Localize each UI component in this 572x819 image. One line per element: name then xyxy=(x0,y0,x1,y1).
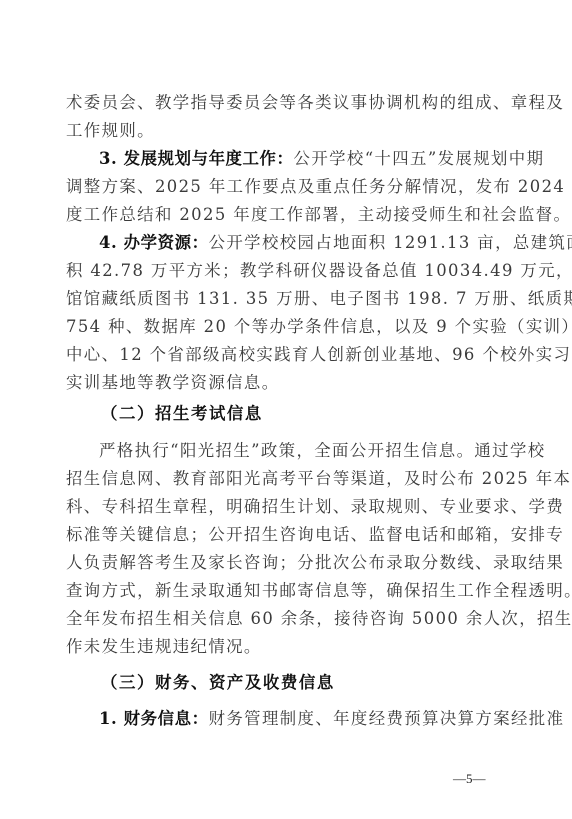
item-lead-finance-info: 1. 财务信息： xyxy=(99,709,209,728)
paragraph-development-plan: 3. 发展规划与年度工作：公开学校“十四五”发展规划中期 xyxy=(99,147,508,171)
text-line: 招生信息网、教育部阳光高考平台等渠道，及时公布 2025 年本 xyxy=(66,467,508,491)
section-heading-finance: （三）财务、资产及收费信息 xyxy=(101,671,335,695)
text-span: 公开学校校园占地面积 1291.13 亩，总建筑面 xyxy=(209,233,572,252)
document-page: 术委员会、教学指导委员会等各类议事协调机构的组成、章程及 工作规则。 3. 发展… xyxy=(0,0,572,819)
item-lead-development-plan: 3. 发展规划与年度工作： xyxy=(99,149,294,168)
text-span: 财务管理制度、年度经费预算决算方案经批准 xyxy=(209,709,565,728)
text-line: 实训基地等教学资源信息。 xyxy=(66,371,508,395)
text-line: 754 种、数据库 20 个等办学条件信息，以及 9 个实验（实训） xyxy=(66,315,508,339)
text-line: 术委员会、教学指导委员会等各类议事协调机构的组成、章程及 xyxy=(66,91,508,115)
paragraph-school-resources: 4. 办学资源：公开学校校园占地面积 1291.13 亩，总建筑面 xyxy=(99,231,508,255)
text-line: 查询方式，新生录取通知书邮寄信息等，确保招生工作全程透明。 xyxy=(66,579,508,603)
text-line: 积 42.78 万平方米；教学科研仪器设备总值 10034.49 万元，图书 xyxy=(66,259,508,283)
text-line: 度工作总结和 2025 年度工作部署，主动接受师生和社会监督。 xyxy=(66,203,508,227)
text-span: 公开学校“十四五”发展规划中期 xyxy=(294,149,545,168)
item-lead-school-resources: 4. 办学资源： xyxy=(99,233,209,252)
text-line: 全年发布招生相关信息 60 余条，接待咨询 5000 余人次，招生工 xyxy=(66,607,508,631)
text-line: 工作规则。 xyxy=(66,119,508,143)
page-number: —5— xyxy=(453,770,486,788)
text-line: 馆馆藏纸质图书 131. 35 万册、电子图书 198. 7 万册、纸质期刊 xyxy=(66,287,508,311)
text-line: 作未发生违规违纪情况。 xyxy=(66,635,508,659)
text-line: 严格执行“阳光招生”政策，全面公开招生信息。通过学校 xyxy=(99,439,508,463)
text-line: 科、专科招生章程，明确招生计划、录取规则、专业要求、学费 xyxy=(66,495,508,519)
text-line: 标准等关键信息；公开招生咨询电话、监督电话和邮箱，安排专 xyxy=(66,523,508,547)
section-heading-admissions: （二）招生考试信息 xyxy=(101,402,263,426)
text-line: 人负责解答考生及家长咨询；分批次公布录取分数线、录取结果 xyxy=(66,551,508,575)
text-line: 中心、12 个省部级高校实践育人创新创业基地、96 个校外实习 xyxy=(66,343,508,367)
text-line: 调整方案、2025 年工作要点及重点任务分解情况，发布 2024 年 xyxy=(66,175,508,199)
paragraph-finance-info: 1. 财务信息：财务管理制度、年度经费预算决算方案经批准 xyxy=(99,707,508,731)
